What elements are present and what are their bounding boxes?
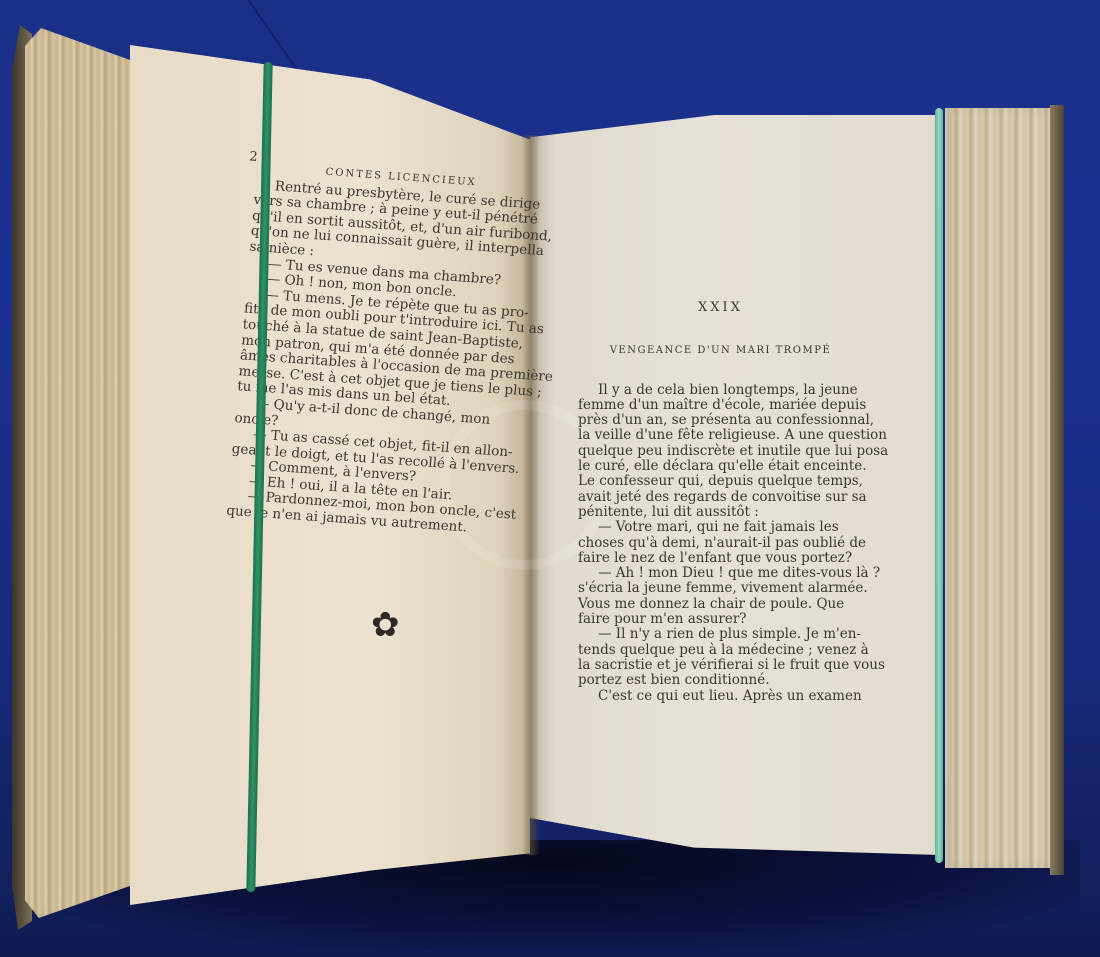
text-line: — Ah ! mon Dieu ! que me dites-vous là ?: [578, 566, 863, 581]
text-line: femme d'un maître d'école, mariée depuis: [578, 398, 863, 413]
text-line: pénitente, lui dit aussitôt :: [578, 505, 863, 520]
text-line: la sacristie et je vérifierai si le frui…: [578, 658, 863, 673]
floral-ornament-icon: ✿: [371, 608, 400, 642]
left-page-text: 2 CONTES LICENCIEUX Rentré au presbytère…: [226, 150, 528, 538]
text-line: près d'un an, se présenta au confessionn…: [578, 413, 863, 428]
text-line: le curé, elle déclara qu'elle était ence…: [578, 459, 863, 474]
text-line: — Il n'y a rien de plus simple. Je m'en-: [578, 627, 863, 642]
chapter-title: VENGEANCE D'UN MARI TROMPÉ: [578, 343, 863, 358]
text-line: C'est ce qui eut lieu. Après un examen: [578, 689, 863, 704]
chapter-number: XXIX: [578, 300, 863, 315]
text-line: la veille d'une fête religieuse. A une q…: [578, 428, 863, 443]
left-page-edges: [25, 28, 140, 918]
text-line: Il y a de cela bien longtemps, la jeune: [578, 383, 863, 398]
text-line: tends quelque peu à la médecine ; venez …: [578, 643, 863, 658]
page-number: 2: [249, 149, 259, 165]
text-line: faire pour m'en assurer?: [578, 612, 863, 627]
text-line: Vous me donnez la chair de poule. Que: [578, 597, 863, 612]
text-line: choses qu'à demi, n'aurait-il pas oublié…: [578, 536, 863, 551]
text-line: — Votre mari, qui ne fait jamais les: [578, 520, 863, 535]
text-line: faire le nez de l'enfant que vous portez…: [578, 551, 863, 566]
text-line: quelque peu indiscrète et inutile que lu…: [578, 444, 863, 459]
text-line: portez est bien conditionné.: [578, 673, 863, 688]
text-line: s'écria la jeune femme, vivement alarmée…: [578, 581, 863, 596]
right-cover-edge: [1050, 105, 1064, 875]
text-line: avait jeté des regards de convoitise sur…: [578, 490, 863, 505]
right-page-text: XXIX VENGEANCE D'UN MARI TROMPÉ Il y a d…: [578, 300, 863, 704]
right-rubber-band: [935, 108, 943, 863]
right-page-edges: [945, 108, 1057, 868]
text-line: Le confesseur qui, depuis quelque temps,: [578, 474, 863, 489]
